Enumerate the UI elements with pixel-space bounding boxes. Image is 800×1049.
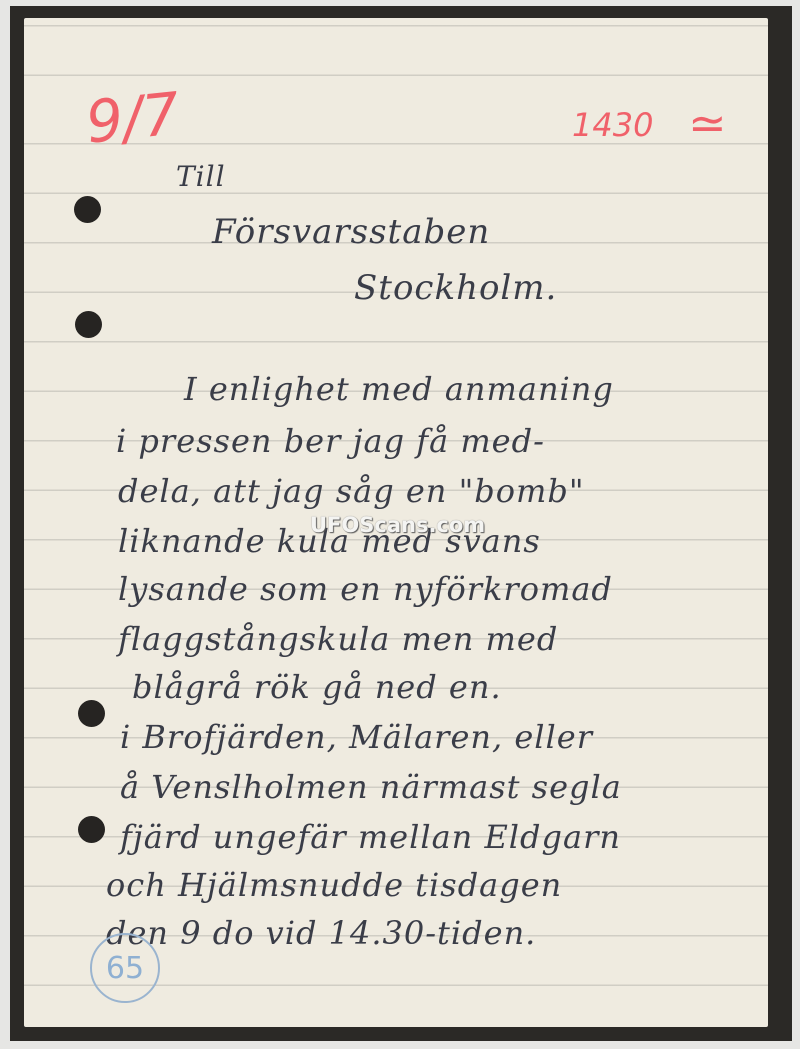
body-line-5: lysande som en nyförkromad <box>118 570 613 608</box>
body-line-11: och Hjälmsnudde tisdagen <box>106 866 562 904</box>
body-line-2: i pressen ber jag få med- <box>116 422 545 460</box>
address-recipient: Försvarsstaben <box>212 212 490 252</box>
body-line-6: flaggstångskula men med <box>118 620 558 658</box>
watermark: UFOScans.com <box>310 513 485 537</box>
body-line-10: fjärd ungefär mellan Eldgarn <box>120 818 621 856</box>
punch-hole-3 <box>78 700 105 727</box>
punch-hole-4 <box>78 816 105 843</box>
red-annotation-date: 9/7 <box>83 79 183 156</box>
red-annotation-number: 1430 <box>572 106 653 144</box>
punch-hole-1 <box>74 196 101 223</box>
address-city: Stockholm. <box>354 268 557 308</box>
body-line-1: I enlighet med anmaning <box>184 370 614 408</box>
body-line-8: i Brofjärden, Mälaren, eller <box>120 718 593 756</box>
address-to: Till <box>176 160 226 193</box>
punch-hole-2 <box>75 311 102 338</box>
archive-number: 65 <box>106 951 144 986</box>
body-line-3: dela, att jag såg en "bomb" <box>118 472 585 510</box>
red-annotation-symbol: ≃ <box>688 96 727 150</box>
body-line-12: den 9 do vid 14.30-tiden. <box>106 914 536 952</box>
archive-number-stamp: 65 <box>90 933 160 1003</box>
body-line-9: å Venslholmen närmast segla <box>120 768 622 806</box>
body-line-7: blågrå rök gå ned en. <box>132 668 502 706</box>
